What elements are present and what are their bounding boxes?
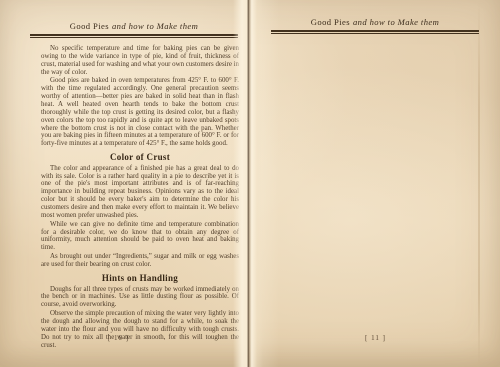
left-page-header: Good Piesand how to Make them [30,21,238,38]
running-header-title: Good Pies [70,21,109,31]
paragraph-no-definite-time: While we can give no definite time and t… [41,221,239,252]
header-rule [271,30,479,34]
page-number: [ 10 ] [0,334,243,342]
section-heading-color-of-crust: Color of Crust [41,152,239,162]
running-header: Good Piesand how to Make them [269,17,481,27]
page-number: [ 11 ] [250,334,500,342]
running-header-subtitle: and how to Make them [112,21,198,31]
left-page-body: No specific temperature and time for bak… [41,45,239,350]
header-rule [30,34,238,38]
right-page-header: Good Piesand how to Make them [269,17,481,34]
running-header-subtitle: and how to Make them [353,17,439,27]
section-heading-hints-on-handling: Hints on Handling [41,273,239,283]
paragraph-ingredients-washes: As brought out under “Ingredients,” suga… [41,253,239,269]
paragraph-doughs-worked: Doughs for all three types of crusts may… [41,286,239,310]
paragraph-observe-precaution: Observe the simple precaution of mixing … [41,310,239,349]
paragraph-color-appearance: The color and appearance of a finished p… [41,165,239,220]
left-page: Good Piesand how to Make them No specifi… [0,0,249,367]
right-page: Good Piesand how to Make them Avoid maki… [249,0,500,367]
paragraph-good-pies-baked: Good pies are baked in oven temperatures… [41,77,239,148]
paragraph-no-specific-temperature: No specific temperature and time for bak… [41,45,239,76]
running-header-title: Good Pies [311,17,350,27]
running-header: Good Piesand how to Make them [30,21,238,31]
